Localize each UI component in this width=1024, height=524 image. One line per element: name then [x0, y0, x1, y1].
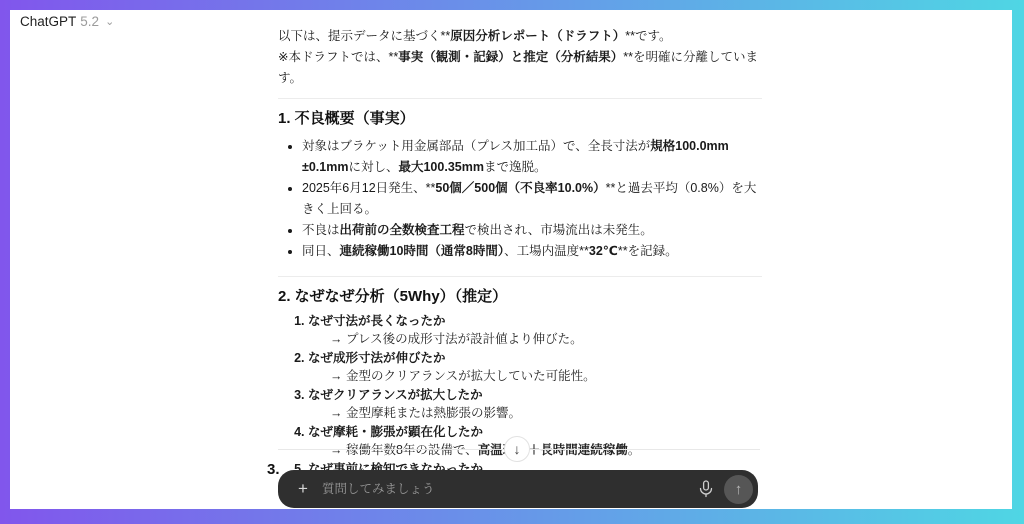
why-question: なぜ寸法が長くなったか: [308, 313, 762, 330]
model-switcher[interactable]: ChatGPT 5.2 ⌄: [20, 14, 114, 29]
intro-line-1: 以下は、提示データに基づく**原因分析レポート（ドラフト）**です。: [278, 26, 762, 47]
list-item: なぜ寸法が長くなったか → プレス後の成形寸法が設計値より伸びた。: [308, 313, 762, 348]
list-item: なぜクリアランスが拡大したか → 金型摩耗または熱膨張の影響。: [308, 387, 762, 422]
section1-title: 1. 不良概要（事実）: [278, 109, 762, 129]
list-item: 不良は出荷前の全数検査工程で検出され、市場流出は未発生。: [302, 220, 762, 241]
section2-title: 2. なぜなぜ分析（5Why）（推定）: [278, 287, 762, 307]
intro-paragraph: 以下は、提示データに基づく**原因分析レポート（ドラフト）**です。 ※本ドラフ…: [278, 26, 762, 89]
list-item: なぜ成形寸法が伸びたか → 金型のクリアランスが拡大していた可能性。: [308, 350, 762, 385]
list-item: 2025年6月12日発生、**50個／500個（不良率10.0%）**と過去平均…: [302, 178, 762, 220]
assistant-message: 以下は、提示データに基づく**原因分析レポート（ドラフト）**です。 ※本ドラフ…: [278, 16, 762, 498]
section-divider: [278, 276, 762, 277]
scroll-to-bottom-button[interactable]: ↓: [504, 436, 530, 462]
microphone-icon: [699, 480, 713, 498]
arrow-up-icon: ↑: [735, 481, 743, 498]
model-version: 5.2: [80, 14, 99, 29]
list-item: 対象はブラケット用金属部品（プレス加工品）で、全長寸法が規格100.0mm ±0…: [302, 136, 762, 178]
message-input[interactable]: [314, 482, 694, 496]
section-divider: [278, 98, 762, 99]
plus-icon: +: [298, 479, 308, 499]
desktop-background: ChatGPT 5.2 ⌄ 以下は、提示データに基づく**原因分析レポート（ドラ…: [0, 0, 1024, 524]
model-name: ChatGPT: [20, 14, 76, 29]
why-question: なぜクリアランスが拡大したか: [308, 387, 762, 404]
why-answer: → 稼働年数8年の設備で、高温環境＋長時間連続稼働。: [330, 442, 762, 459]
intro-line-2: ※本ドラフトでは、**事実（観測・記録）と推定（分析結果）**を明確に分離してい…: [278, 47, 762, 89]
arrow-down-icon: ↓: [514, 441, 521, 457]
dictate-button[interactable]: [694, 477, 718, 501]
facts-list: 対象はブラケット用金属部品（プレス加工品）で、全長寸法が規格100.0mm ±0…: [278, 136, 762, 262]
fact-text: 2025年6月12日発生、**50個／500個（不良率10.0%）**と過去平均…: [302, 181, 756, 216]
send-button[interactable]: ↑: [724, 475, 753, 504]
why-question: なぜ成形寸法が伸びたか: [308, 350, 762, 367]
chatgpt-window: ChatGPT 5.2 ⌄ 以下は、提示データに基づく**原因分析レポート（ドラ…: [10, 10, 1012, 509]
fact-text: 同日、連続稼働10時間（通常8時間）、工場内温度**32℃**を記録。: [302, 244, 678, 258]
why-answer: → 金型摩耗または熱膨張の影響。: [330, 405, 762, 422]
why-answer: → プレス後の成形寸法が設計値より伸びた。: [330, 331, 762, 348]
why-answer: → 金型のクリアランスが拡大していた可能性。: [330, 368, 762, 385]
attach-button[interactable]: +: [292, 478, 314, 500]
message-composer: + ↑: [278, 470, 758, 508]
chevron-down-icon: ⌄: [105, 15, 114, 28]
why-question: なぜ摩耗・膨張が顕在化したか: [308, 424, 762, 441]
fact-text: 対象はブラケット用金属部品（プレス加工品）で、全長寸法が規格100.0mm ±0…: [302, 139, 729, 174]
five-why-list: なぜ寸法が長くなったか → プレス後の成形寸法が設計値より伸びた。 なぜ成形寸法…: [278, 313, 762, 496]
list-item: 同日、連続稼働10時間（通常8時間）、工場内温度**32℃**を記録。: [302, 241, 762, 262]
list-item: なぜ摩耗・膨張が顕在化したか → 稼働年数8年の設備で、高温環境＋長時間連続稼働…: [308, 424, 762, 459]
fact-text: 不良は出荷前の全数検査工程で検出され、市場流出は未発生。: [302, 223, 653, 237]
